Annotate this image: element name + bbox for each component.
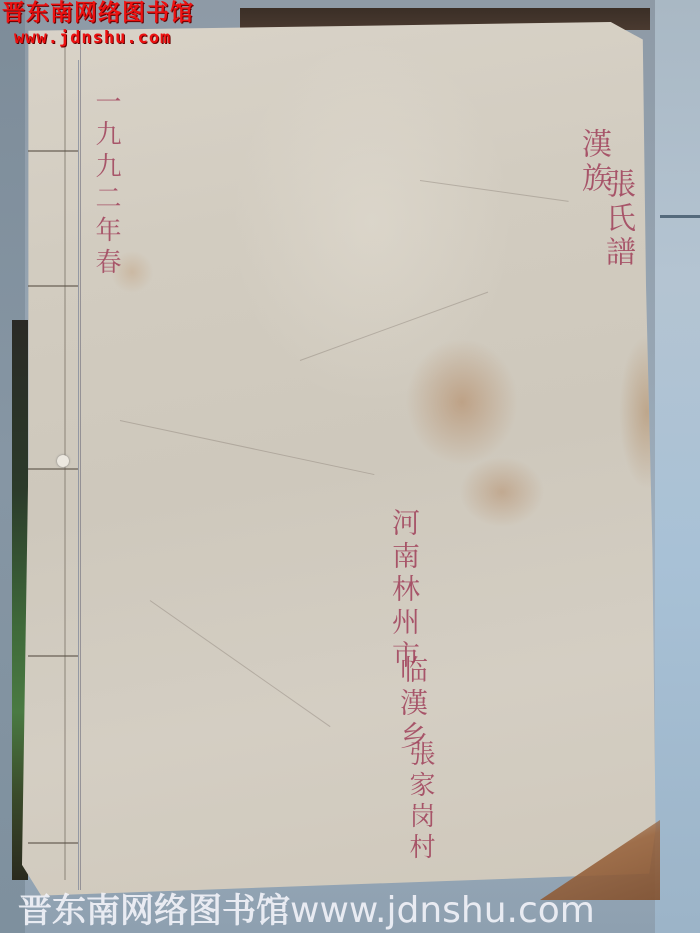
binding-stitch [28, 655, 78, 657]
binding-stitch [28, 468, 78, 470]
background-right [655, 0, 700, 933]
binding-fold-line [78, 60, 79, 890]
watermark-top-url: www.jdnshu.com [14, 30, 194, 47]
stitched-binding [28, 30, 81, 890]
handwritten-address-col1: 河南林州市 [384, 508, 424, 673]
handwritten-date: 一九九二年春 [88, 88, 125, 280]
watermark-bottom-site-name: 晋东南网络图书馆 [18, 891, 290, 931]
binding-stitch [28, 842, 78, 844]
handwritten-title-col2: 張氏譜 [598, 168, 637, 270]
watermark-top: 晋东南网络图书馆 www.jdnshu.com [2, 2, 194, 47]
watermark-bottom-url: www.jdnshu.com [290, 890, 595, 931]
binding-knot [57, 455, 69, 467]
watermark-top-site-name: 晋东南网络图书馆 [2, 2, 194, 25]
binding-stitch [28, 285, 78, 287]
background-edge-line [660, 215, 700, 218]
handwritten-address-col3: 張家岗村 [402, 740, 439, 864]
watermark-bottom: 晋东南网络图书馆www.jdnshu.com [18, 893, 595, 929]
binding-stitch [28, 150, 78, 152]
